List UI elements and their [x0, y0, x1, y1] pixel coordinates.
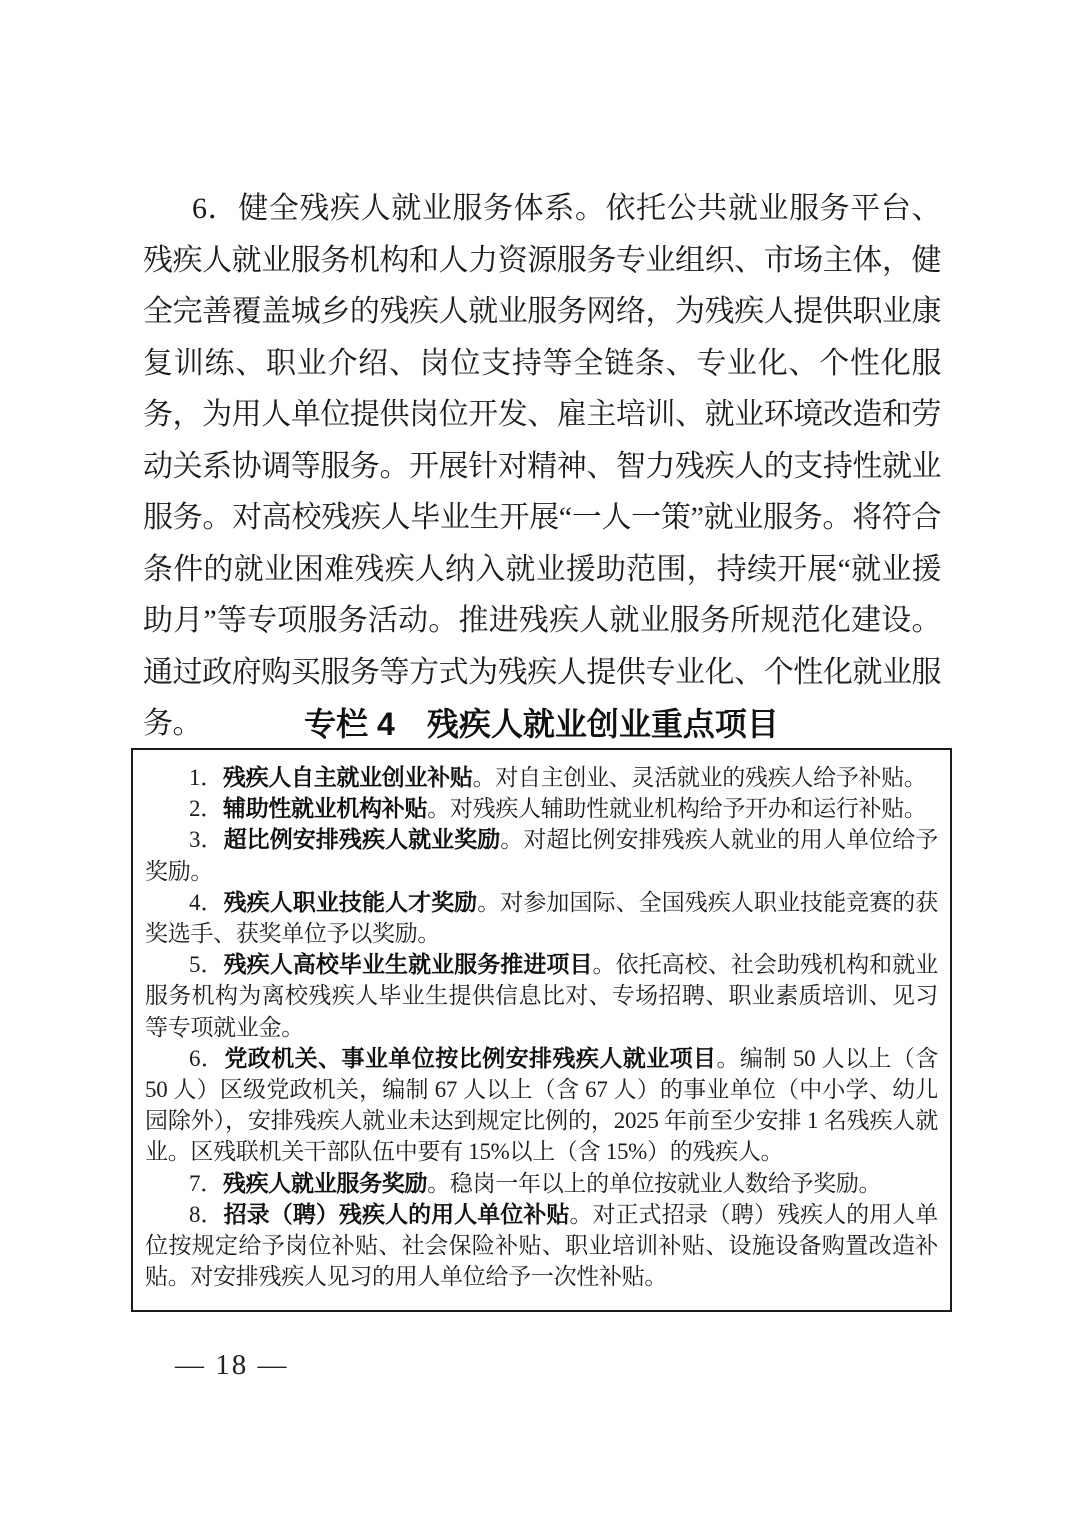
box-item: 8．招录（聘）残疾人的用人单位补贴。对正式招录（聘）残疾人的用人单位按规定给予岗… [145, 1199, 938, 1293]
box-item-number: 6． [189, 1046, 224, 1071]
box-item-number: 1． [189, 765, 223, 790]
box-item: 1．残疾人自主就业创业补贴。对自主创业、灵活就业的残疾人给予补贴。 [145, 762, 938, 793]
box-item: 5．残疾人高校毕业生就业服务推进项目。依托高校、社会助残机构和就业服务机构为离校… [145, 949, 938, 1043]
box-item: 6．党政机关、事业单位按比例安排残疾人就业项目。编制 50 人以上（含 50 人… [145, 1043, 938, 1168]
box-item-text: 。稳岗一年以上的单位按就业人数给予奖励。 [427, 1171, 881, 1196]
box-item-lead: 党政机关、事业单位按比例安排残疾人就业项目 [224, 1045, 716, 1071]
box-item-lead: 残疾人高校毕业生就业服务推进项目 [224, 951, 593, 977]
box-item-text: 。对自主创业、灵活就业的残疾人给予补贴。 [473, 765, 927, 790]
box-item-number: 2． [189, 796, 223, 821]
document-page: { "document": { "paragraph_6": { "text":… [0, 0, 1074, 1520]
box-item-lead: 辅助性就业机构补贴 [223, 795, 427, 821]
box-item-lead: 残疾人就业服务奖励 [223, 1170, 427, 1196]
box-item-number: 7． [189, 1171, 223, 1196]
column-box: 1．残疾人自主就业创业补贴。对自主创业、灵活就业的残疾人给予补贴。 2．辅助性就… [131, 748, 952, 1312]
box-item: 3．超比例安排残疾人就业奖励。对超比例安排残疾人就业的用人单位给予奖励。 [145, 824, 938, 886]
body-paragraph-6: 6．健全残疾人就业服务体系。依托公共就业服务平台、残疾人就业服务机构和人力资源服… [143, 183, 941, 750]
box-item-lead: 超比例安排残疾人就业奖励 [224, 826, 501, 852]
box-item: 4．残疾人职业技能人才奖励。对参加国际、全国残疾人职业技能竞赛的获奖选手、获奖单… [145, 887, 938, 949]
box-item-number: 5． [189, 952, 224, 977]
box-item: 7．残疾人就业服务奖励。稳岗一年以上的单位按就业人数给予奖励。 [145, 1168, 938, 1199]
box-item-lead: 招录（聘）残疾人的用人单位补贴 [224, 1201, 570, 1227]
box-item-lead: 残疾人自主就业创业补贴 [223, 764, 473, 790]
box-item: 2．辅助性就业机构补贴。对残疾人辅助性就业机构给予开办和运行补贴。 [145, 793, 938, 824]
box-item-number: 4． [189, 890, 224, 915]
column-box-title: 专栏 4 残疾人就业创业重点项目 [131, 699, 952, 745]
box-item-number: 3． [189, 827, 224, 852]
box-item-number: 8． [189, 1202, 224, 1227]
box-item-lead: 残疾人职业技能人才奖励 [224, 889, 478, 915]
box-item-text: 。对残疾人辅助性就业机构给予开办和运行补贴。 [427, 796, 926, 821]
page-number: — 18 — [175, 1349, 289, 1382]
